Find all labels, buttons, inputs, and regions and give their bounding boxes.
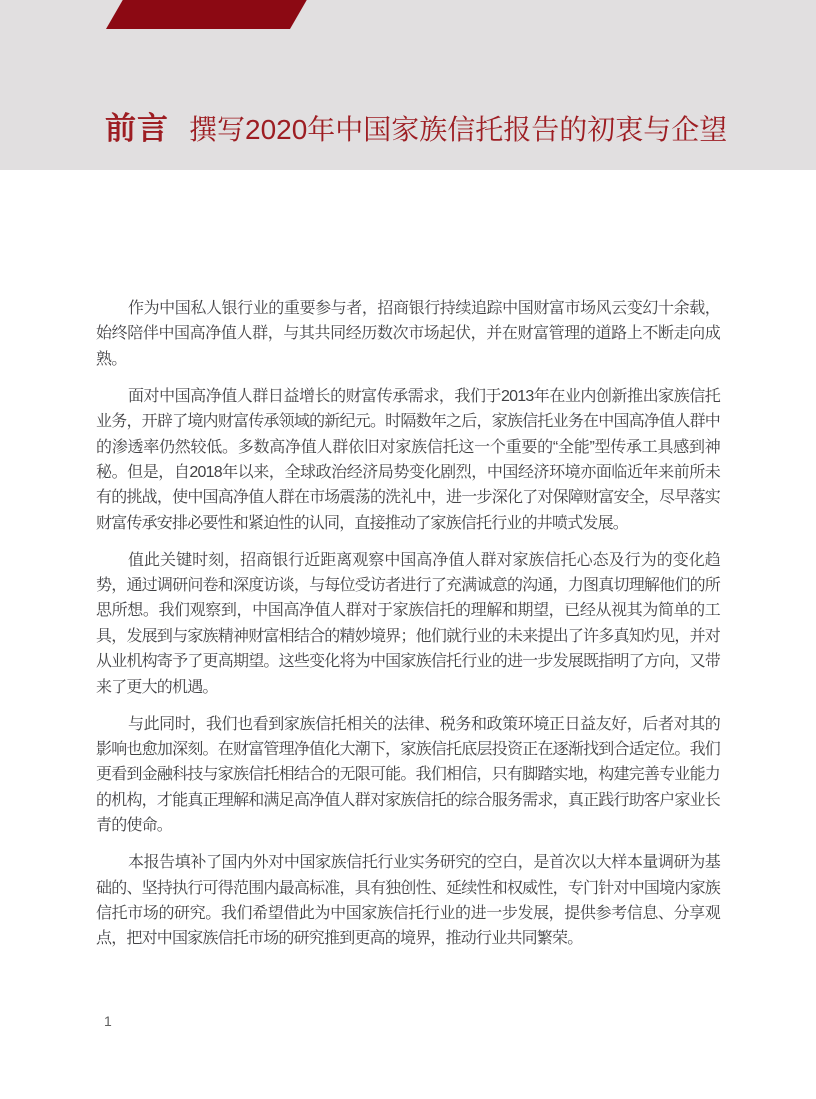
paragraph-1: 作为中国私人银行业的重要参与者，招商银行持续追踪中国财富市场风云变幻十余载，始终… (96, 296, 720, 372)
paragraph-2: 面对中国高净值人群日益增长的财富传承需求，我们于2013年在业内创新推出家族信托… (96, 384, 720, 536)
paragraph-4: 与此同时，我们也看到家族信托相关的法律、税务和政策环境正日益友好，后者对其的影响… (96, 712, 720, 839)
paragraph-5: 本报告填补了国内外对中国家族信托行业实务研究的空白，是首次以大样本量调研为基础的… (96, 850, 720, 952)
red-parallelogram-decoration (106, 0, 307, 29)
section-heading-title: 撰写2020年中国家族信托报告的初衷与企望 (189, 108, 727, 148)
section-heading: 前言 撰写2020年中国家族信托报告的初衷与企望 (105, 103, 727, 148)
page-number: 1 (104, 1013, 112, 1029)
preface-body: 作为中国私人银行业的重要参与者，招商银行持续追踪中国财富市场风云变幻十余载，始终… (96, 296, 720, 963)
header-band: 前言 撰写2020年中国家族信托报告的初衷与企望 (0, 0, 816, 170)
section-heading-label: 前言 (105, 103, 169, 148)
paragraph-3: 值此关键时刻，招商银行近距离观察中国高净值人群对家族信托心态及行为的变化趋势，通… (96, 548, 720, 700)
